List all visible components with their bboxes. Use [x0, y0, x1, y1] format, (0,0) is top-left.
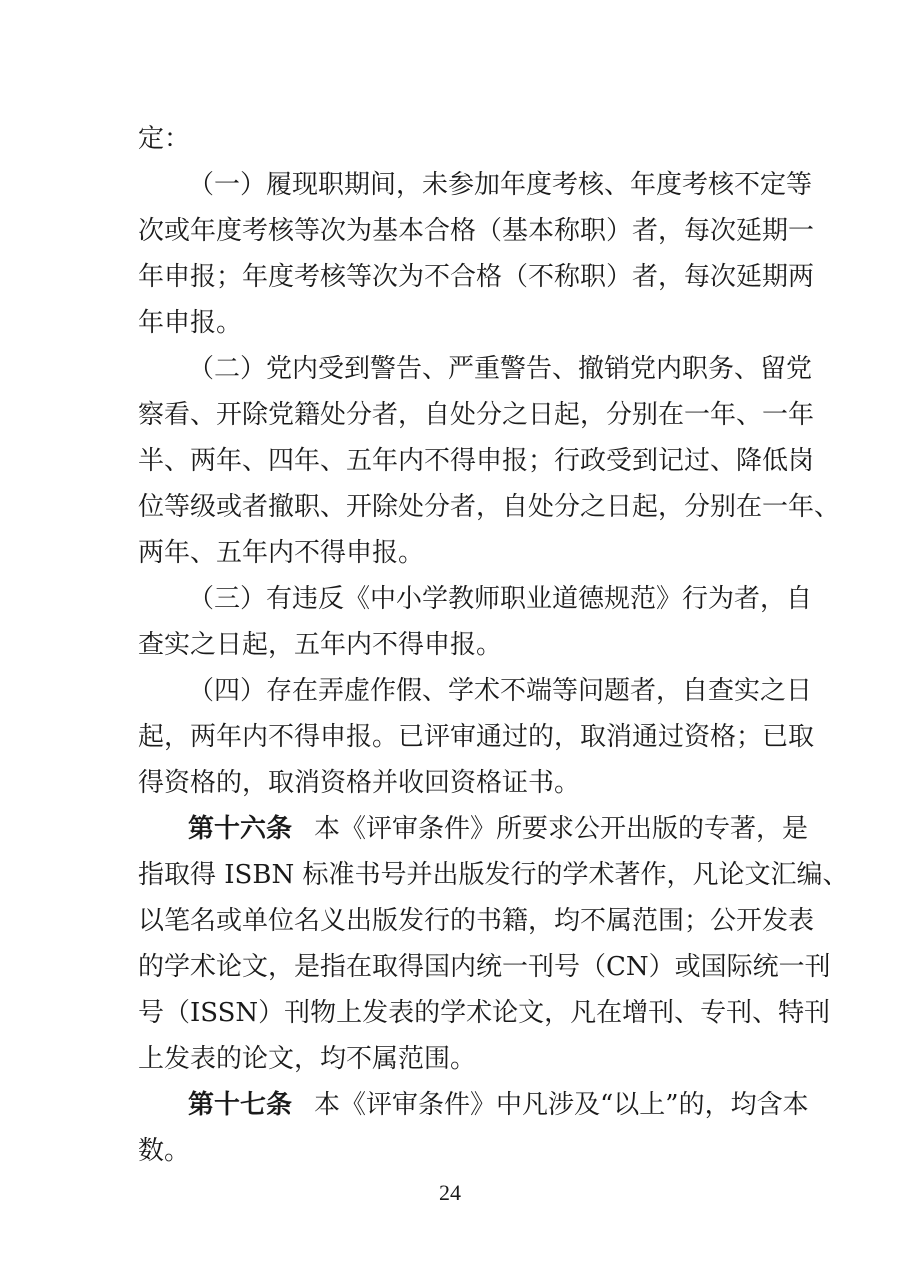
article-17-text: 本《评审条件》中凡涉及“以上”的，均含本: [314, 1090, 809, 1120]
article-17-line: 数。: [138, 1134, 764, 1168]
document-page: 定： （一）履现职期间，未参加年度考核、年度考核不定等 次或年度考核等次为基本合…: [0, 0, 900, 1273]
clause-4-line: 得资格的，取消资格并收回资格证书。: [138, 766, 764, 800]
article-16-line: 以笔名或单位名义出版发行的书籍，均不属范围；公开发表: [138, 904, 764, 938]
clause-4-line: 起，两年内不得申报。已评审通过的，取消通过资格；已取: [138, 720, 764, 754]
clause-2-line: 两年、五年内不得申报。: [138, 536, 764, 570]
clause-1-line: （一）履现职期间，未参加年度考核、年度考核不定等: [188, 168, 764, 202]
article-17-heading: 第十七条: [188, 1090, 292, 1120]
article-17-first-line: 第十七条本《评审条件》中凡涉及“以上”的，均含本: [188, 1088, 764, 1122]
clause-2-line: （二）党内受到警告、严重警告、撤销党内职务、留党: [188, 352, 764, 386]
clause-1-line: 年申报；年度考核等次为不合格（不称职）者，每次延期两: [138, 260, 764, 294]
article-16-line: 号（ISSN）刊物上发表的学术论文，凡在增刊、专刊、特刊: [138, 996, 764, 1030]
clause-2-line: 半、两年、四年、五年内不得申报；行政受到记过、降低岗: [138, 444, 764, 478]
clause-4-line: （四）存在弄虚作假、学术不端等问题者，自查实之日: [188, 674, 764, 708]
article-16-heading: 第十六条: [188, 814, 292, 844]
article-16-first-line: 第十六条本《评审条件》所要求公开出版的专著，是: [188, 812, 764, 846]
text-line: 定：: [138, 122, 764, 156]
page-number: 24: [0, 1180, 900, 1206]
clause-3-line: 查实之日起，五年内不得申报。: [138, 628, 764, 662]
article-16-text: 本《评审条件》所要求公开出版的专著，是: [314, 814, 808, 844]
article-16-line: 的学术论文，是指在取得国内统一刊号（CN）或国际统一刊: [138, 950, 764, 984]
clause-3-line: （三）有违反《中小学教师职业道德规范》行为者，自: [188, 582, 764, 616]
clause-1-line: 年申报。: [138, 306, 764, 340]
clause-2-line: 察看、开除党籍处分者，自处分之日起，分别在一年、一年: [138, 398, 764, 432]
article-16-line: 指取得 ISBN 标准书号并出版发行的学术著作，凡论文汇编、: [138, 858, 764, 892]
clause-2-line: 位等级或者撤职、开除处分者，自处分之日起，分别在一年、: [138, 490, 764, 524]
clause-1-line: 次或年度考核等次为基本合格（基本称职）者，每次延期一: [138, 214, 764, 248]
article-16-line: 上发表的论文，均不属范围。: [138, 1042, 764, 1076]
